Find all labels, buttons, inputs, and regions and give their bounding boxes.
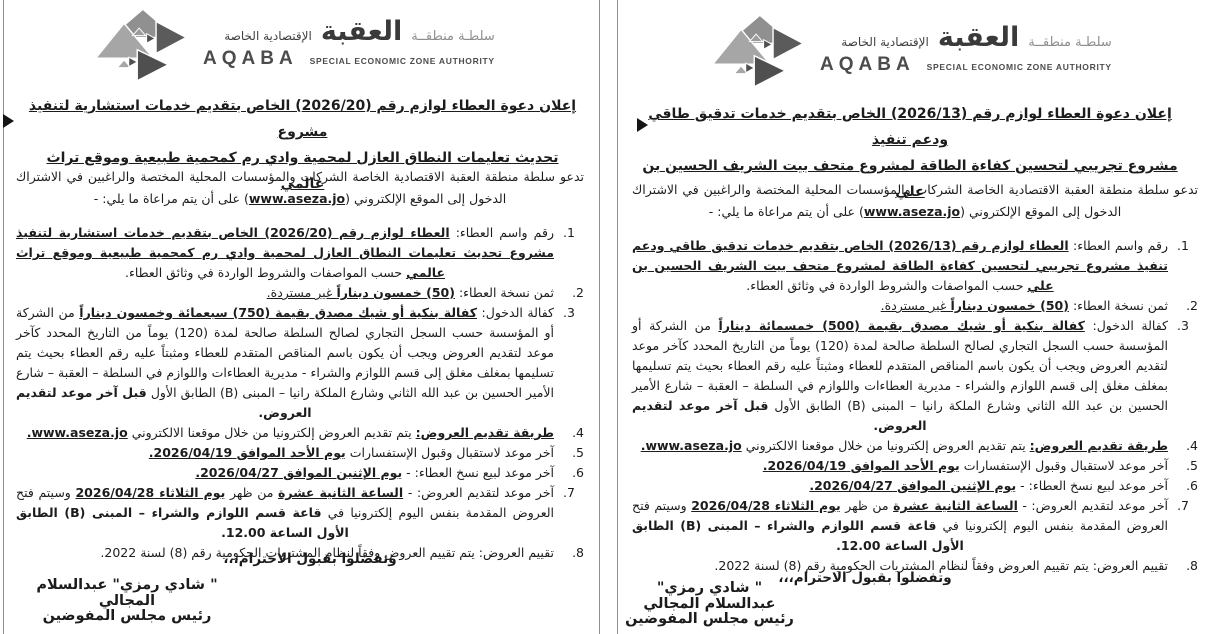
text-segment: رقم واسم العطاء: [1069,238,1168,253]
text-segment: يوم الإثنين الموافق 2026/04/27. [809,478,1016,493]
item-number: 3. [554,303,584,323]
tender-list-item: 4.طريقة تقديم العروض: يتم تقديم العروض إ… [16,423,584,443]
logo-tagline-en: SPECIAL ECONOMIC ZONE AUTHORITY [310,56,495,66]
page-border-line [3,0,4,634]
item-number: 2. [1168,296,1198,316]
aseza-triangles-icon [93,6,189,84]
logo-authority-ar: سلطـة منطقــة [1028,35,1111,50]
text-segment: ) على أن يتم مراعاة ما يلي: - [709,204,864,219]
aseza-logo: سلطـة منطقــة العقبة الإقتصادية الخاصة A… [93,6,495,84]
tender-list-item: 5.آخر موعد لاستقبال وقبول الإستفسارات يو… [632,456,1198,476]
text-segment: يوم الأحد الموافق 2026/04/19. [149,445,346,460]
closing-salutation: وتفضلوا بقبول الاحترام،،، [160,551,460,567]
text-segment: كفالة بنكية أو شيك مصدق بقيمة (500) خمسم… [718,318,1084,333]
tender-list-item: 1.رقم واسم العطاء: العطاء لوازم رقم (202… [632,236,1198,296]
logo-tagline-en: SPECIAL ECONOMIC ZONE AUTHORITY [927,62,1112,72]
text-segment: يتم تقديم العروض إلكترونيا من خلال موقعن… [128,425,416,440]
item-number: 8. [1168,556,1198,576]
text-segment: الساعة الثانية عشرة [278,485,403,500]
tender-list-item: 1.رقم واسم العطاء: العطاء لوازم رقم (202… [16,223,584,283]
aseza-logo: سلطـة منطقــة العقبة الإقتصادية الخاصة A… [710,12,1112,90]
text-segment: آخر موعد لتقديم العروض: - [403,485,554,500]
aseza-logo-text: سلطـة منطقــة العقبة الإقتصادية الخاصة A… [203,6,495,70]
intro-paragraph: تدعو سلطة منطقة العقبة الاقتصادية الخاصة… [632,179,1198,223]
logo-brand-ar: العقبة [938,24,1019,51]
logo-economic-ar: الإقتصادية الخاصة [224,29,312,43]
tender-list-item: 4.طريقة تقديم العروض: يتم تقديم العروض إ… [632,436,1198,456]
logo-brand-en: AQABA [203,48,298,70]
logo-brand-en: AQABA [820,54,915,76]
aseza-website-link[interactable]: www.aseza.jo. [641,438,742,453]
text-segment: حسب المواصفات والشروط الواردة في وثائق ا… [125,265,406,280]
intro-paragraph: تدعو سلطة منطقة العقبة الاقتصادية الخاصة… [16,166,584,210]
item-number: 3. [1168,316,1198,336]
page-border-line [599,0,600,634]
signatory-name: " شادي رمزي" عبدالسلام المجالي [16,577,238,609]
text-segment: ثمن نسخة العطاء: [455,285,554,300]
item-number: 6. [1168,476,1198,496]
text-segment: غير مستردة. [267,285,337,300]
tender-list-item: 7.آخر موعد لتقديم العروض: - الساعة الثان… [16,483,584,543]
text-segment: يوم الثلاثاء 2026/04/28 [75,485,225,500]
tender-list-item: 2.ثمن نسخة العطاء: (50) خمسون ديناراً غي… [16,283,584,303]
tender-list-item: 6.آخر موعد لبيع نسخ العطاء: - يوم الإثني… [632,476,1198,496]
tender-list-item: 7.آخر موعد لتقديم العروض: - الساعة الثان… [632,496,1198,556]
text-segment: (50) خمسون ديناراً [950,298,1069,313]
logo-authority-ar: سلطـة منطقــة [411,29,494,44]
item-number: 7. [554,483,584,503]
aseza-website-link[interactable]: www.aseza.jo. [27,425,128,440]
text-segment: كفالة بنكية أو شيك مصدق بقيمة (750) سبعم… [79,305,477,320]
text-segment: قاعة قسم اللوازم والشراء – المبنى (B) ال… [632,518,964,553]
text-segment: يتم تقديم العروض إلكترونيا من خلال موقعن… [742,438,1030,453]
text-segment: من ظهر [841,498,893,513]
text-segment: آخر موعد لاستقبال وقبول الإستفسارات [346,445,554,460]
text-segment: طريقة تقديم العروض: [1030,438,1168,453]
item-number: 4. [554,423,584,443]
text-segment: قاعة قسم اللوازم والشراء – المبنى (B) ال… [16,505,349,540]
text-segment: من ظهر [225,485,278,500]
scanned-tender-announcements: سلطـة منطقــة العقبة الإقتصادية الخاصة A… [0,0,1211,634]
logo-economic-ar: الإقتصادية الخاصة [841,35,929,49]
item-number: 4. [1168,436,1198,456]
item-number: 1. [1168,236,1198,256]
logo-brand-ar: العقبة [321,18,402,45]
text-segment: آخر موعد لاستقبال وقبول الإستفسارات [960,458,1168,473]
signatory-title: رئيس مجلس المفوضين [622,611,797,627]
cursor-arrow-marker [3,114,14,128]
text-segment: يوم الثلاثاء 2026/04/28 [691,498,841,513]
text-segment: غير مستردة. [881,298,951,313]
item-number: 6. [554,463,584,483]
aseza-website-link[interactable]: www.aseza.jo [864,204,960,219]
item-number: 8. [554,543,584,563]
text-segment: يوم الإثنين الموافق 2026/04/27. [195,465,402,480]
tender-list-item: 2.ثمن نسخة العطاء: (50) خمسون ديناراً غي… [632,296,1198,316]
page-border-line [617,0,618,634]
tender-list-item: 3.كفالة الدخول: كفالة بنكية أو شيك مصدق … [632,316,1198,436]
tender-title-line1: إعلان دعوة العطاء لوازم رقم (2026/13) ال… [648,106,1172,148]
text-segment: الساعة الثانية عشرة [893,498,1018,513]
text-segment: يوم الأحد الموافق 2026/04/19. [763,458,960,473]
item-number: 5. [1168,456,1198,476]
tender-conditions-list: 1.رقم واسم العطاء: العطاء لوازم رقم (202… [16,223,584,563]
tender-list-item: 5.آخر موعد لاستقبال وقبول الإستفسارات يو… [16,443,584,463]
tender-title-line1: إعلان دعوة العطاء لوازم رقم (2026/20) ال… [29,98,576,140]
signatory-title: رئيس مجلس المفوضين [16,608,238,624]
text-segment: حسب المواصفات والشروط الواردة في وثائق ا… [746,278,1027,293]
tender-conditions-list: 1.رقم واسم العطاء: العطاء لوازم رقم (202… [632,236,1198,576]
text-segment: رقم واسم العطاء: [450,225,554,240]
aseza-website-link[interactable]: www.aseza.jo [249,191,345,206]
text-segment: ثمن نسخة العطاء: [1069,298,1168,313]
text-segment: كفالة الدخول: [1085,318,1168,333]
item-number: 5. [554,443,584,463]
aseza-logo-text: سلطـة منطقــة العقبة الإقتصادية الخاصة A… [820,12,1112,76]
text-segment: طريقة تقديم العروض: [416,425,554,440]
aseza-triangles-icon [710,12,806,90]
text-segment: آخر موعد لتقديم العروض: - [1018,498,1168,513]
tender-list-item: 3.كفالة الدخول: كفالة بنكية أو شيك مصدق … [16,303,584,423]
item-number: 1. [554,223,584,243]
text-segment: آخر موعد لبيع نسخ العطاء: - [1016,478,1168,493]
text-segment: ) على أن يتم مراعاة ما يلي: - [94,191,249,206]
item-number: 7. [1168,496,1198,516]
text-segment: (50) خمسون ديناراً [336,285,455,300]
text-segment: آخر موعد لبيع نسخ العطاء: - [402,465,554,480]
text-segment: كفالة الدخول: [477,305,554,320]
item-number: 2. [554,283,584,303]
tender-list-item: 6.آخر موعد لبيع نسخ العطاء: - يوم الإثني… [16,463,584,483]
signatory-name: " شادي رمزي" عبدالسلام المجالي [622,580,797,612]
